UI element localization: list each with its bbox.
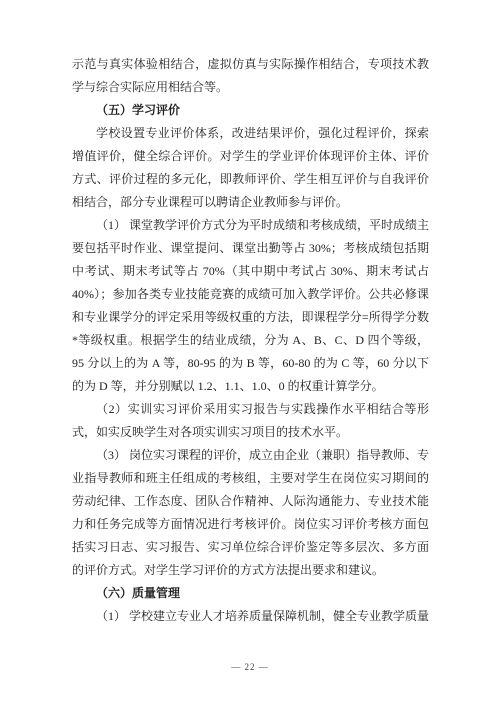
- paragraph-practical-training-evaluation: （2）实训实习评价采用实习报告与实践操作水平相结合等形式，如实反映学生对各项实训…: [72, 398, 429, 444]
- paragraph-continuation: 示范与真实体验相结合，虚拟仿真与实际操作相结合，专项技术教学与综合实际应用相结合…: [72, 53, 429, 99]
- document-body: 示范与真实体验相结合，虚拟仿真与实际操作相结合，专项技术教学与综合实际应用相结合…: [72, 53, 429, 628]
- document-page: 示范与真实体验相结合，虚拟仿真与实际操作相结合，专项技术教学与综合实际应用相结合…: [0, 0, 500, 707]
- page-number: — 22 —: [0, 660, 500, 674]
- paragraph-quality-assurance: （1） 学校建立专业人才培养质量保障机制，健全专业教学质量: [72, 605, 429, 628]
- paragraph-internship-evaluation: （3） 岗位实习课程的评价，成立由企业（兼职）指导教师、专业指导教师和班主任组成…: [72, 444, 429, 582]
- section-heading-quality-management: （六）质量管理: [72, 582, 429, 605]
- section-heading-learning-evaluation: （五）学习评价: [72, 99, 429, 122]
- paragraph-evaluation-system: 学校设置专业评价体系，改进结果评价，强化过程评价，探索增值评价，健全综合评价。对…: [72, 122, 429, 214]
- paragraph-classroom-evaluation: （1） 课堂教学评价方式分为平时成绩和考核成绩，平时成绩主要包括平时作业、课堂提…: [72, 214, 429, 398]
